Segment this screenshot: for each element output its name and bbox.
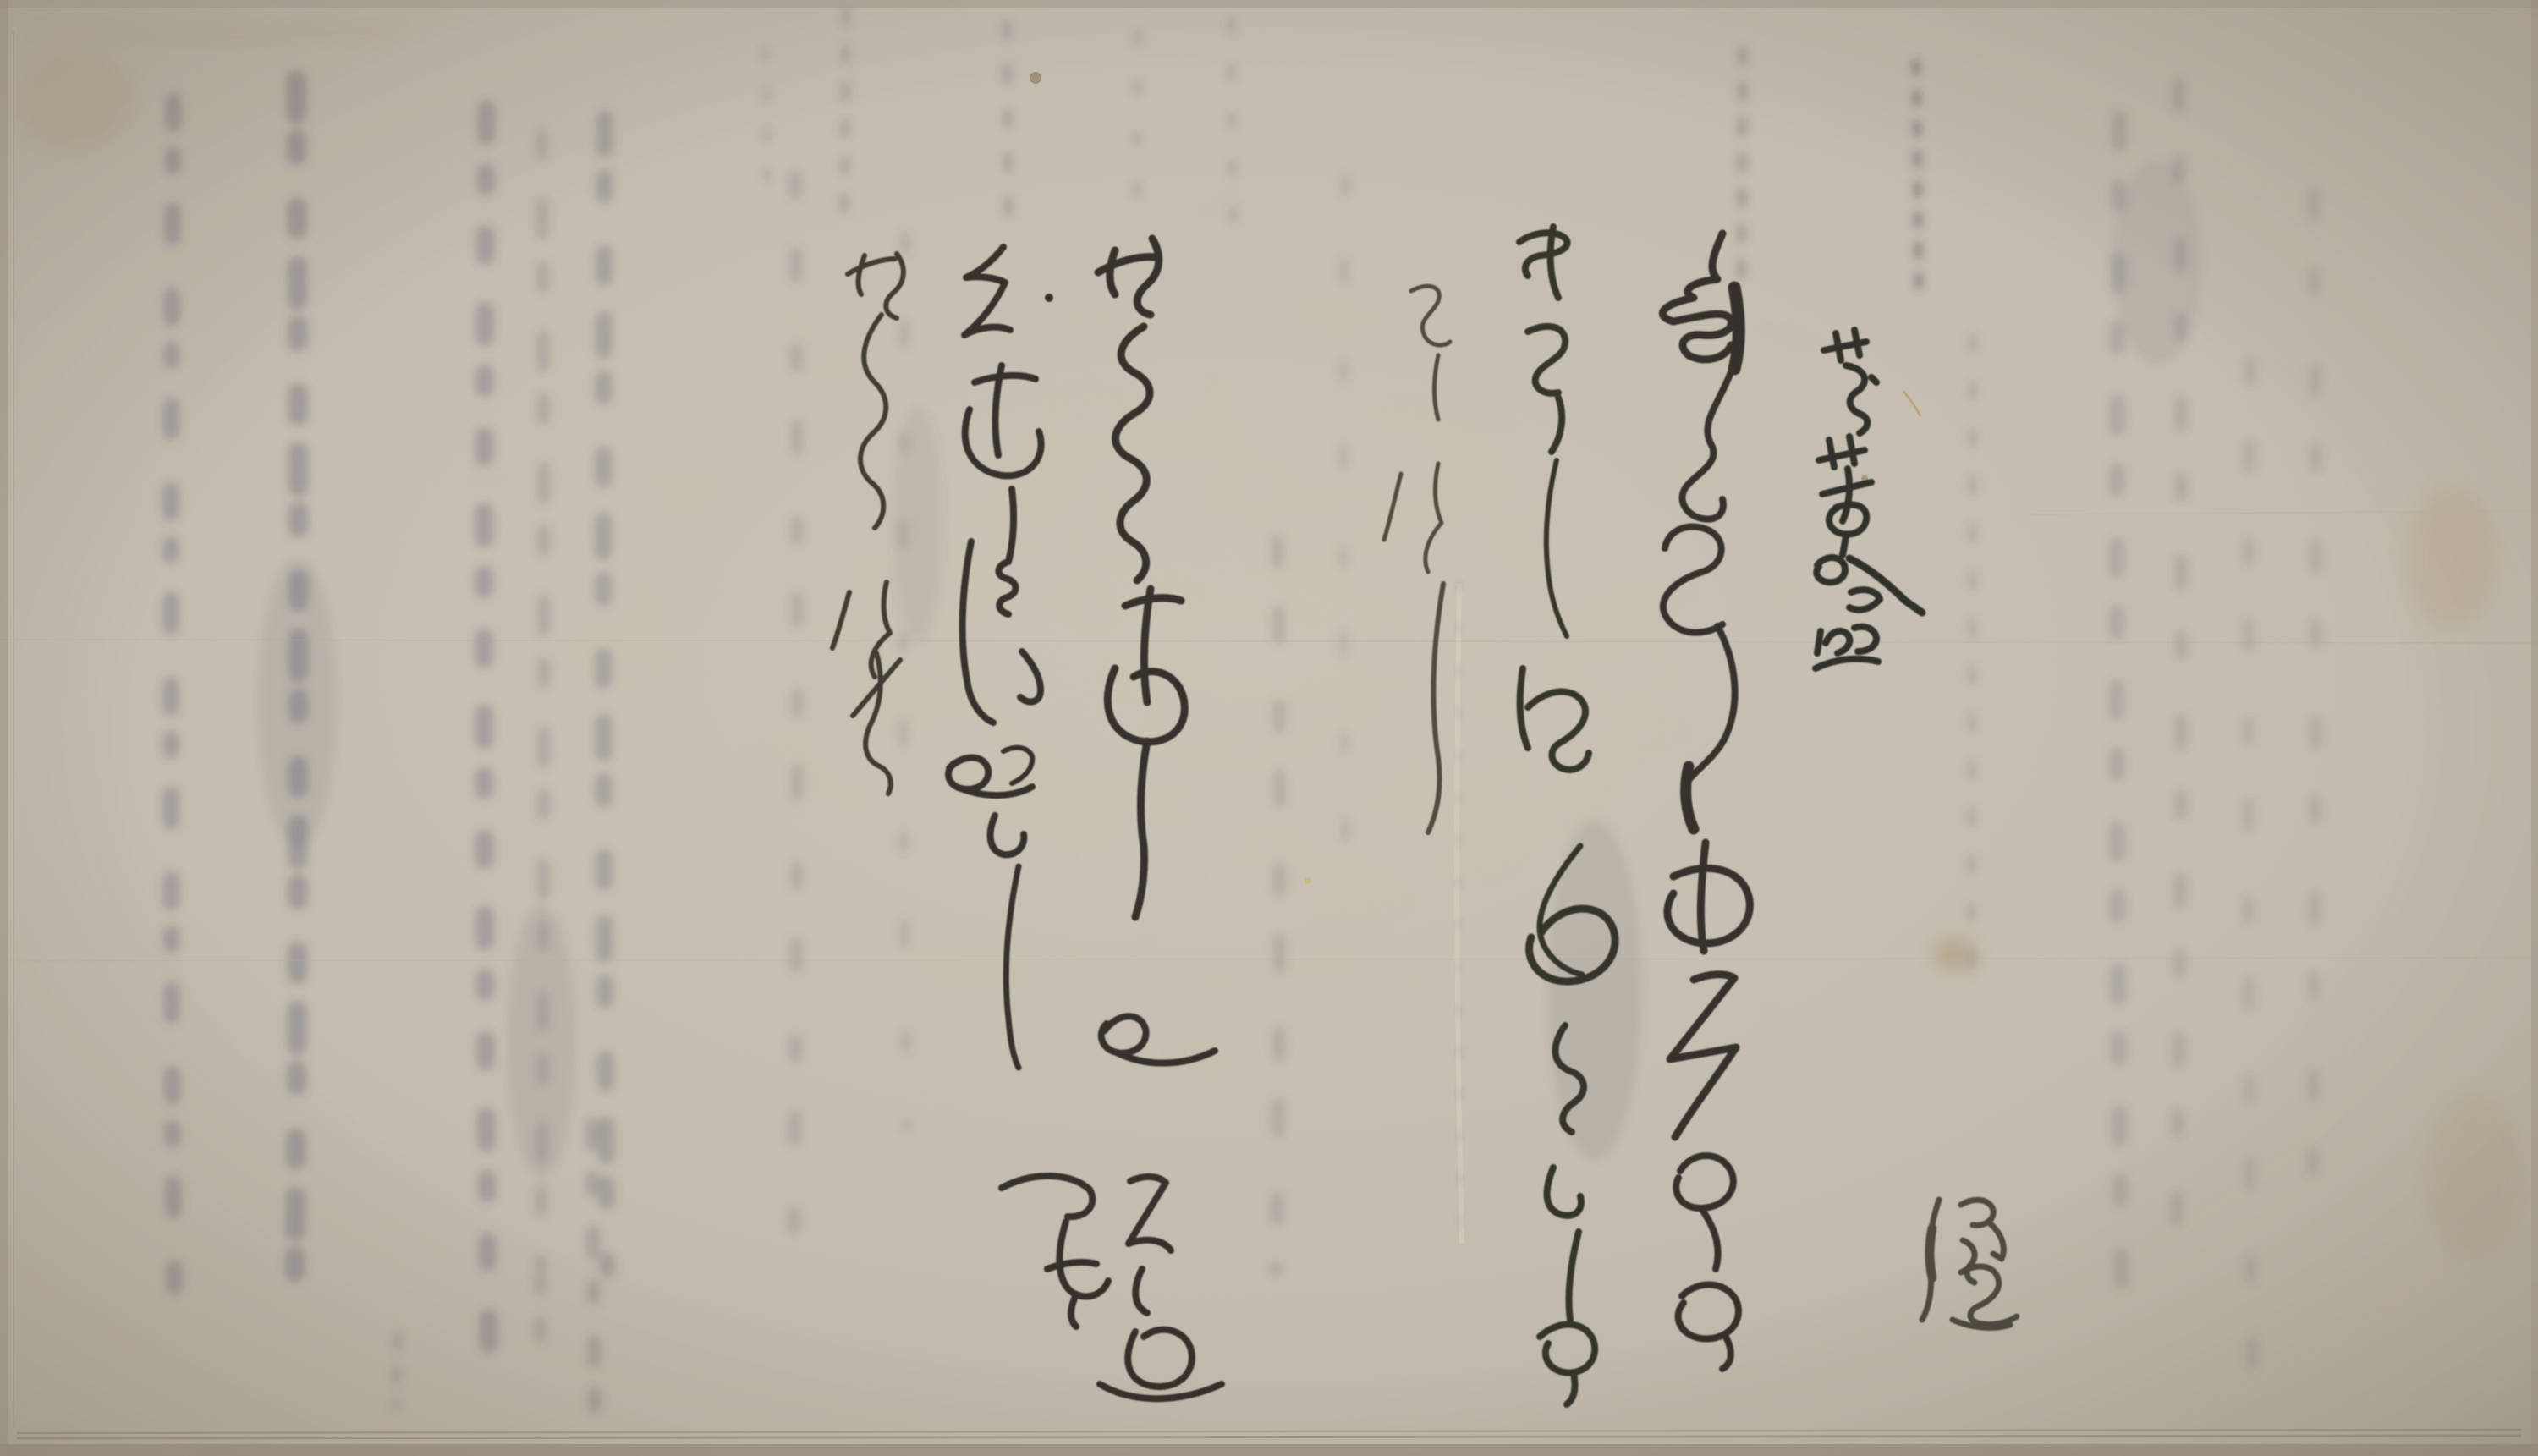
artifact-canvas <box>0 0 2538 1456</box>
manuscript-photo <box>0 0 2538 1456</box>
edge-vignette <box>0 0 2538 1456</box>
